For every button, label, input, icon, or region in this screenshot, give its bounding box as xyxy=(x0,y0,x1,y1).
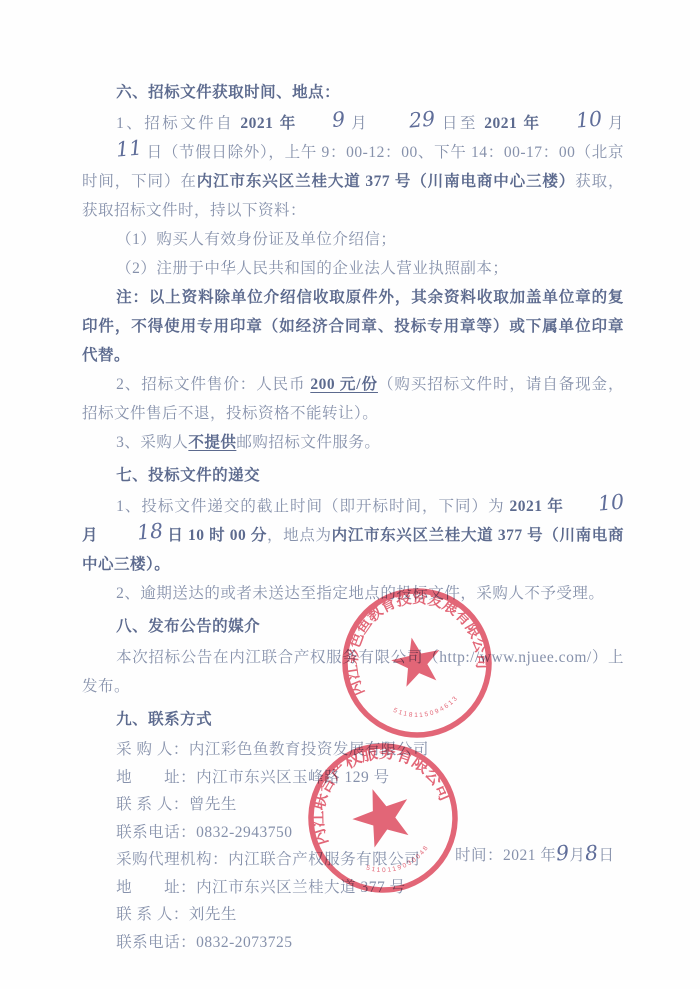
clause-7-1: 1、投标文件递交的截止时间（即开标时间，下同）为 2021 年10月 18 日 … xyxy=(82,492,624,579)
section-7-heading: 七、投标文件的递交 xyxy=(82,461,624,490)
contact-agency-phone: 联系电话：0832-2073725 xyxy=(82,929,624,957)
clause-6-3: 3、采购人不提供邮购招标文件服务。 xyxy=(82,428,624,457)
tender-document-page: 六、招标文件获取时间、地点：1、招标文件自 2021 年9 月 29 日至 20… xyxy=(0,0,700,989)
clause-6-1: 1、招标文件自 2021 年9 月 29 日至 2021 年10 月 11 日（… xyxy=(82,109,624,225)
clause-7-2: 2、逾期送达的或者未送达至指定地点的投标文件，采购人不予受理。 xyxy=(82,579,624,608)
clause-6-note: 注：以上资料除单位介绍信收取原件外，其余资料收取加盖单位章的复印件，不得使用专用… xyxy=(82,283,624,370)
section-8-heading: 八、发布公告的媒介 xyxy=(82,612,624,641)
clause-6-2: 2、招标文件售价：人民币 200 元/份（购买招标文件时，请自备现金，招标文件售… xyxy=(82,370,624,428)
document-body: 六、招标文件获取时间、地点：1、招标文件自 2021 年9 月 29 日至 20… xyxy=(82,74,624,956)
contact-purchaser: 采 购 人：内江彩色鱼教育投资发展有限公司 xyxy=(82,736,624,764)
clause-6-1-item-1: （1）购买人有效身份证及单位介绍信； xyxy=(82,225,624,254)
clause-8-body: 本次招标公告在内江联合产权服务有限公司（http://www.njuee.com… xyxy=(82,643,624,701)
contact-purchaser-phone: 联系电话：0832-2943750 xyxy=(82,819,624,847)
contact-agency-address: 地 址：内江市东兴区兰桂大道 377 号 xyxy=(82,874,624,902)
section-9-heading: 九、联系方式 xyxy=(82,705,624,734)
contact-purchaser-person: 联 系 人：曾先生 xyxy=(82,791,624,819)
issue-date: 时间：2021 年9月8日 xyxy=(455,843,614,865)
clause-6-1-item-2: （2）注册于中华人民共和国的企业法人营业执照副本； xyxy=(82,254,624,283)
contact-purchaser-address: 地 址：内江市东兴区玉峰路 129 号 xyxy=(82,764,624,792)
section-6-heading: 六、招标文件获取时间、地点： xyxy=(82,78,624,107)
contact-agency-person: 联 系 人：刘先生 xyxy=(82,901,624,929)
